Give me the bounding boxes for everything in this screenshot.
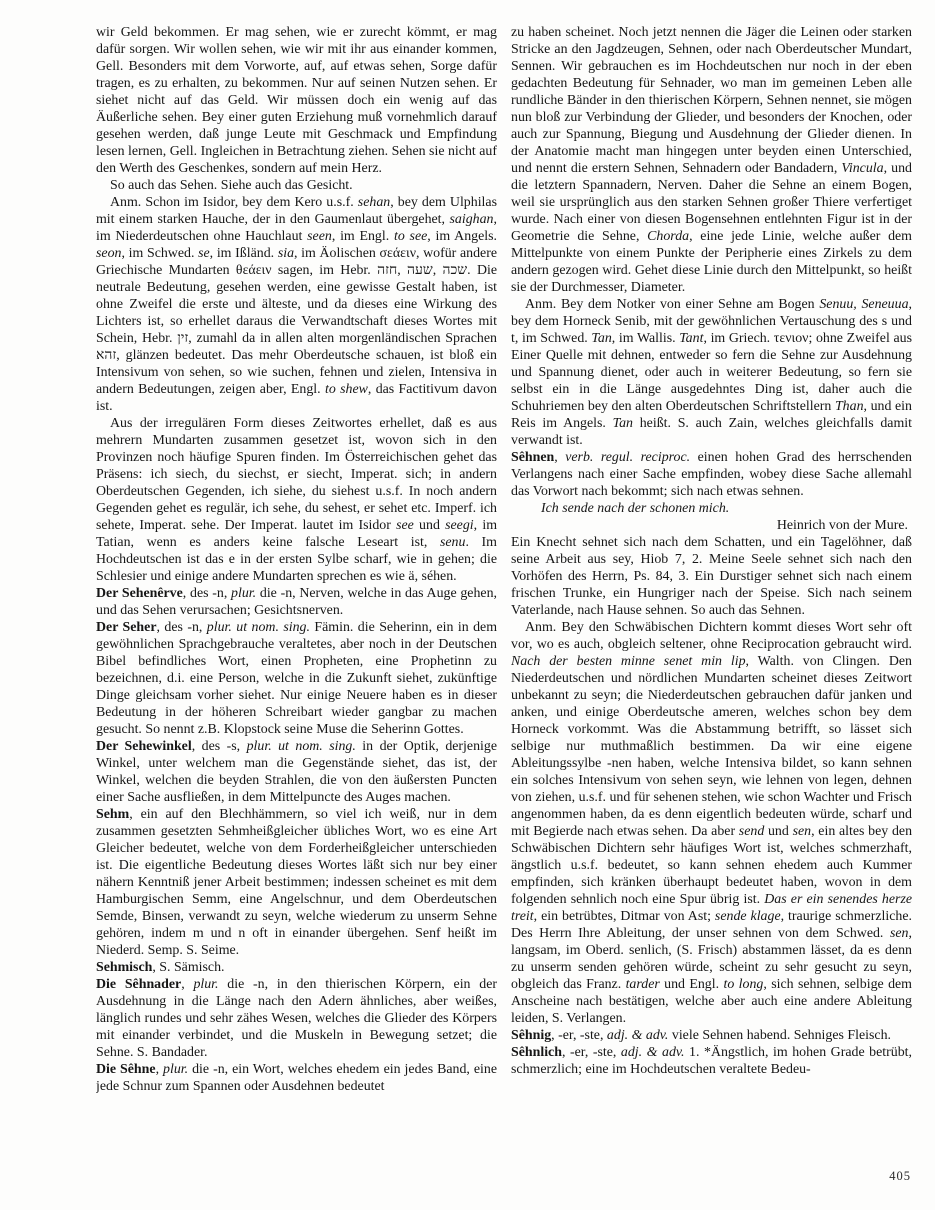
headword: Sêhnig: [511, 1028, 551, 1043]
italic-run: Vincula: [841, 161, 883, 176]
paragraph-flush: zu haben scheinet. Noch jetzt nennen die…: [511, 24, 912, 296]
italic-run: plur.: [193, 977, 218, 992]
text-run: Fämin. die Seherinn, ein in dem gewöhnli…: [96, 620, 497, 737]
paragraph-indent: Anm. Bey dem Notker von einer Sehne am B…: [511, 296, 912, 449]
italic-run: Chorda: [647, 229, 689, 244]
text-run: , im Ißländ.: [210, 246, 278, 261]
hebrew-word: שעה: [407, 263, 433, 278]
italic-run: seegi: [445, 518, 474, 533]
italic-run: plur.: [231, 586, 256, 601]
left-column: wir Geld bekommen. Er mag sehen, wie er …: [96, 24, 497, 1174]
italic-run: plur.: [163, 1062, 188, 1077]
paragraph-entry: Die Sêhnader, plur. die -n, in den thier…: [96, 976, 497, 1061]
italic-run: sen: [890, 926, 909, 941]
text-run: Ich sende nach der schonen mich.: [541, 501, 729, 516]
text-run: Anm. Bey den Schwäbischen Dichtern kommt…: [511, 620, 912, 652]
paragraph-indent: Anm. Bey den Schwäbischen Dichtern kommt…: [511, 619, 912, 1027]
headword: Sehm: [96, 807, 129, 822]
italic-run: sende klage: [715, 909, 781, 924]
text-run: ,: [433, 263, 443, 278]
paragraph-indent: Aus der irregulären Form dieses Zeitwort…: [96, 415, 497, 585]
text-run: Aus der irregulären Form dieses Zeitwort…: [96, 416, 497, 533]
page-number: 405: [889, 1169, 911, 1184]
text-run: Anm. Schon im Isidor, bey dem Kero u.s.f…: [110, 195, 358, 210]
text-run: , ein betrübtes, Ditmar von Ast;: [534, 909, 715, 924]
italic-run: tarder: [626, 977, 660, 992]
italic-run: seen: [307, 229, 332, 244]
text-run: , S. Sämisch.: [152, 960, 224, 975]
italic-run: to long: [723, 977, 763, 992]
text-run: wir Geld bekommen. Er mag sehen, wie er …: [96, 25, 497, 176]
italic-run: adj. & adv.: [607, 1028, 668, 1043]
text-run: , zumahl da in allen alten morgenländisc…: [188, 331, 497, 346]
paragraph-entry: Der Sehenêrve, des -n, plur. die -n, Ner…: [96, 585, 497, 619]
text-run: So auch das Sehen. Siehe auch das Gesich…: [110, 178, 353, 193]
text-run: , des -n,: [156, 620, 206, 635]
italic-run: send: [739, 824, 764, 839]
paragraph-entry: Sehm, ein auf den Blechhämmern, so viel …: [96, 806, 497, 959]
italic-run: sehan: [358, 195, 390, 210]
italic-run: plur. ut nom. sing.: [207, 620, 310, 635]
text-run: Heinrich von der Mure.: [777, 518, 908, 533]
dictionary-page: wir Geld bekommen. Er mag sehen, wie er …: [0, 0, 935, 1210]
paragraph-entry: Der Seher, des -n, plur. ut nom. sing. F…: [96, 619, 497, 738]
hebrew-word: חזה: [377, 263, 397, 278]
text-run: und Engl.: [660, 977, 724, 992]
italic-run: verb. regul. reciproc.: [565, 450, 690, 465]
text-run: , ein auf den Blechhämmern, so viel ich …: [96, 807, 497, 958]
italic-run: seon: [96, 246, 121, 261]
paragraph-flush: wir Geld bekommen. Er mag sehen, wie er …: [96, 24, 497, 177]
text-run: und: [414, 518, 445, 533]
italic-run: Senuu, Seneuua: [819, 297, 908, 312]
text-run: , des -n,: [183, 586, 231, 601]
italic-run: se: [198, 246, 210, 261]
italic-run: Tant: [679, 331, 703, 346]
text-run: ,: [397, 263, 407, 278]
text-run: , Walth. von Clingen. Den Niederdeutsche…: [511, 654, 912, 839]
italic-run: adj. & adv.: [621, 1045, 685, 1060]
italic-run: sia: [278, 246, 294, 261]
right-column: zu haben scheinet. Noch jetzt nennen die…: [511, 24, 912, 1174]
text-run: , im Angels.: [427, 229, 497, 244]
italic-run: senu: [440, 535, 465, 550]
headword: Sêhnlich: [511, 1045, 562, 1060]
italic-run: saighan: [450, 212, 494, 227]
text-run: , im Schwed.: [121, 246, 198, 261]
text-run: , -er, -ste,: [551, 1028, 607, 1043]
italic-run: to see: [394, 229, 427, 244]
paragraph-indent: So auch das Sehen. Siehe auch das Gesich…: [96, 177, 497, 194]
text-run: , -er, -ste,: [562, 1045, 621, 1060]
italic-run: Tan: [613, 416, 633, 431]
paragraph-verse: Ich sende nach der schonen mich.: [511, 500, 912, 517]
text-run: ,: [156, 1062, 163, 1077]
text-run: ,: [554, 450, 565, 465]
text-run: , im Wallis.: [612, 331, 679, 346]
italic-run: see: [396, 518, 414, 533]
headword: Der Sehewinkel: [96, 739, 192, 754]
paragraph-attribution: Heinrich von der Mure.: [511, 517, 912, 534]
hebrew-word: זהא: [96, 348, 116, 363]
text-run: viele Sehnen habend. Sehniges Fleisch.: [668, 1028, 891, 1043]
paragraph-entry: Sêhnig, -er, -ste, adj. & adv. viele Seh…: [511, 1027, 912, 1044]
text-run: , des -s,: [192, 739, 247, 754]
headword: Sêhnen: [511, 450, 554, 465]
paragraph-entry: Sehmisch, S. Sämisch.: [96, 959, 497, 976]
italic-run: Nach der besten minne senet min lip: [511, 654, 746, 669]
italic-run: to shew: [325, 382, 368, 397]
paragraph-entry: Der Sehewinkel, des -s, plur. ut nom. si…: [96, 738, 497, 806]
text-run: Anm. Bey dem Notker von einer Sehne am B…: [525, 297, 819, 312]
headword: Die Sêhnader: [96, 977, 181, 992]
text-run: und: [764, 824, 792, 839]
paragraph-flush: Ein Knecht sehnet sich nach dem Schatten…: [511, 534, 912, 619]
italic-run: Tan: [591, 331, 611, 346]
hebrew-word: זין: [177, 331, 188, 346]
hebrew-word: שכה: [443, 263, 468, 278]
paragraph-entry: Sêhnlich, -er, -ste, adj. & adv. 1. *Äng…: [511, 1044, 912, 1078]
paragraph-entry: Die Sêhne, plur. die -n, ein Wort, welch…: [96, 1061, 497, 1095]
text-run: , im Engl.: [332, 229, 394, 244]
text-run: zu haben scheinet. Noch jetzt nennen die…: [511, 25, 912, 176]
text-run: Ein Knecht sehnet sich nach dem Schatten…: [511, 535, 912, 618]
italic-run: Than: [835, 399, 864, 414]
italic-run: plur. ut nom. sing.: [247, 739, 356, 754]
text-run: ,: [181, 977, 193, 992]
headword: Der Sehenêrve: [96, 586, 183, 601]
headword: Sehmisch: [96, 960, 152, 975]
italic-run: sen: [793, 824, 812, 839]
paragraph-indent: Anm. Schon im Isidor, bey dem Kero u.s.f…: [96, 194, 497, 415]
paragraph-entry: Sêhnen, verb. regul. reciproc. einen hoh…: [511, 449, 912, 500]
headword: Der Seher: [96, 620, 156, 635]
headword: Die Sêhne: [96, 1062, 156, 1077]
